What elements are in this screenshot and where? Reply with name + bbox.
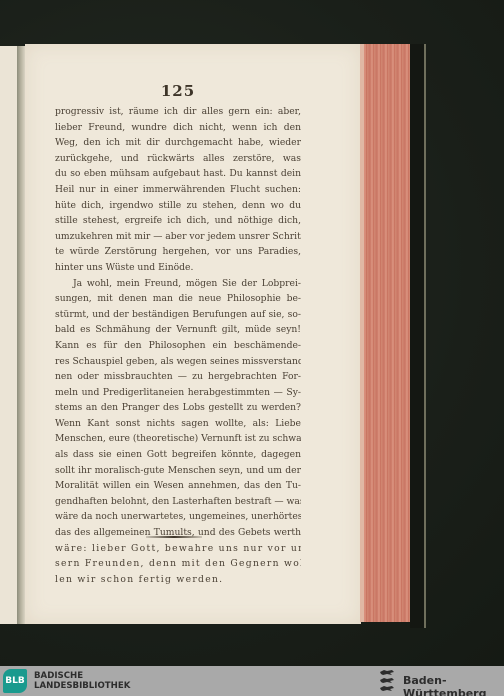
- page-text: 125 progressiv ist, räume ich dir alles …: [55, 80, 301, 587]
- text-line: stems an den Pranger des Lobs gestellt z…: [55, 400, 301, 416]
- text-line: Kann es für den Philosophen ein beschäme…: [55, 338, 301, 354]
- text-line: sollt ihr moralisch-gute Menschen seyn, …: [55, 463, 301, 479]
- paragraph-1: progressiv ist, räume ich dir alles gern…: [55, 104, 301, 276]
- text-line: Weg, den ich mit dir durchgemacht habe, …: [55, 135, 301, 151]
- lions-icon: [378, 668, 396, 694]
- text-line: zurückgehe, und rückwärts alles zerstöre…: [55, 151, 301, 167]
- text-line: Ja wohl, mein Freund, mögen Sie der Lobp…: [55, 276, 301, 292]
- text-line: hinter uns Wüste und Einöde.: [55, 260, 301, 276]
- blb-logo[interactable]: BLB: [3, 669, 27, 693]
- text-line: nen oder missbrauchten — zu hergebrachte…: [55, 369, 301, 385]
- library-name-line2: LANDESBIBLIOTHEK: [34, 681, 130, 691]
- text-line: sern Freunden, denn mit den Gegnern wol-: [55, 556, 301, 572]
- library-name-line1: BADISCHE: [34, 671, 130, 681]
- text-line: progressiv ist, räume ich dir alles gern…: [55, 104, 301, 120]
- text-line: Menschen, eure (theoretische) Vernunft i…: [55, 431, 301, 447]
- text-line: stürmt, und der beständigen Berufungen a…: [55, 307, 301, 323]
- page-number: 125: [55, 83, 301, 99]
- text-line: Heil nur in einer immerwährenden Flucht …: [55, 182, 301, 198]
- text-line: das des allgemeinen Tumults, und des Geb…: [55, 525, 301, 541]
- text-line: meln und Predigerlitaneien herabgestimmt…: [55, 385, 301, 401]
- paragraph-2: Ja wohl, mein Freund, mögen Sie der Lobp…: [55, 276, 301, 588]
- text-line: res Schauspiel geben, als wegen seines m…: [55, 354, 301, 370]
- text-line: sungen, mit denen man die neue Philosoph…: [55, 291, 301, 307]
- footer-bar: BLB BADISCHE LANDESBIBLIOTHEK Baden-Würt…: [0, 666, 504, 696]
- text-line: umzukehren mit mir — aber vor jedem unsr…: [55, 229, 301, 245]
- text-line: Moralität willen ein Wesen annehmen, das…: [55, 478, 301, 494]
- text-line: gendhaften belohnt, den Lasterhaften bes…: [55, 494, 301, 510]
- library-name: BADISCHE LANDESBIBLIOTHEK: [34, 671, 130, 691]
- text-line: hüte dich, irgendwo stille zu stehen, de…: [55, 198, 301, 214]
- text-line: Wenn Kant sonst nichts sagen wollte, als…: [55, 416, 301, 432]
- text-line: stille stehest, ergreife ich dich, und n…: [55, 213, 301, 229]
- text-line: lieber Freund, wundre dich nicht, wenn i…: [55, 120, 301, 136]
- red-page-edges: [360, 44, 410, 622]
- text-line: du so eben mühsam aufgebaut hast. Du kan…: [55, 166, 301, 182]
- state-name[interactable]: Baden-Württemberg: [403, 674, 504, 696]
- left-page-edge: [0, 46, 17, 624]
- text-line: len wir schon fertig werden.: [55, 572, 301, 588]
- text-line: te würde Zerstörung hergehen, vor uns Pa…: [55, 244, 301, 260]
- text-line: wäre da noch unerwartetes, ungemeines, u…: [55, 509, 301, 525]
- book-gutter: [17, 46, 25, 624]
- text-line: wäre: lieber Gott, bewahre uns nur vor u…: [55, 541, 301, 557]
- end-ornament-rule: [146, 536, 202, 538]
- book-cover-edge: [410, 44, 426, 628]
- text-line: bald es Schmähung der Vernunft gilt, müd…: [55, 322, 301, 338]
- text-line: als dass sie einen Gott begreifen könnte…: [55, 447, 301, 463]
